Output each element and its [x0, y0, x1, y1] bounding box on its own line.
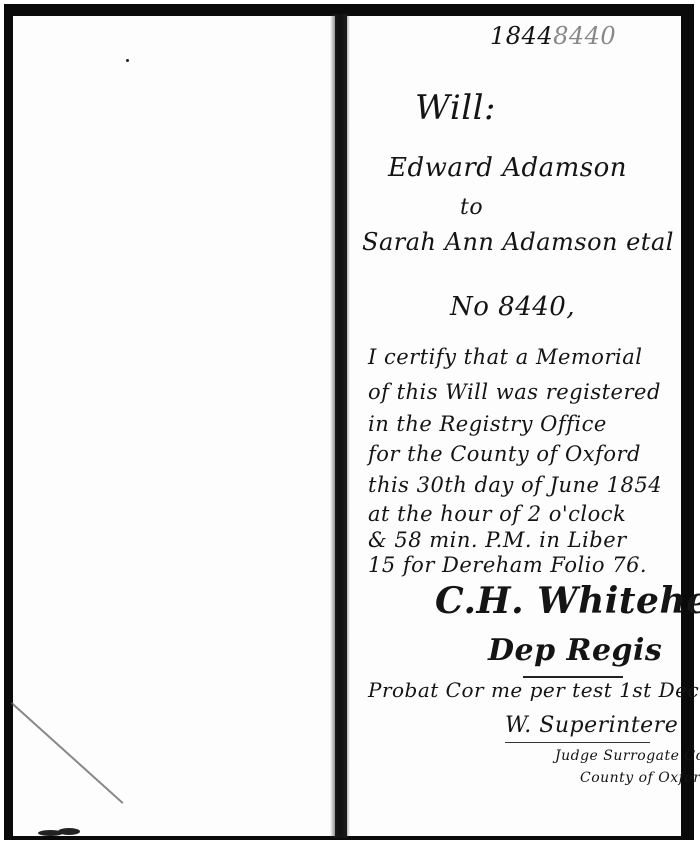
- registration-number: No 8440,: [450, 292, 575, 322]
- judge-county: County of Oxford: [580, 770, 700, 786]
- pencil-reference: 8440: [553, 22, 616, 50]
- beneficiary-name: Sarah Ann Adamson etal: [362, 228, 674, 256]
- reference-number: 18448440: [490, 22, 616, 50]
- left-page-blank: [13, 16, 335, 836]
- scanned-document: 18448440 Will: Edward Adamson to Sarah A…: [0, 0, 700, 847]
- judge-signature: W. Superintere: [505, 713, 678, 738]
- certificate-line: 15 for Dereham Folio 76.: [368, 553, 647, 577]
- judge-title: Judge Surrogate Court: [555, 748, 700, 764]
- certificate-line: of this Will was registered: [368, 380, 661, 404]
- judge-signature-underline: [505, 742, 650, 743]
- certificate-line: this 30th day of June 1854: [368, 473, 662, 497]
- certificate-line: at the hour of 2 o'clock: [368, 502, 626, 526]
- page-fold-gutter: [330, 14, 350, 838]
- registrar-signature: C.H. Whitehead: [435, 580, 700, 622]
- dust-speck: [126, 59, 129, 62]
- registrar-title: Dep Regis: [488, 633, 662, 668]
- certificate-line: in the Registry Office: [368, 412, 607, 436]
- to-word: to: [460, 195, 483, 220]
- testator-name: Edward Adamson: [388, 153, 627, 183]
- probate-line: Probat Cor me per test 1st Dec 1854: [368, 678, 700, 702]
- document-title: Will:: [415, 88, 496, 128]
- certificate-line: for the County of Oxford: [368, 442, 641, 466]
- ink-smudge: [58, 828, 80, 835]
- certificate-line: & 58 min. P.M. in Liber: [368, 528, 627, 552]
- certificate-line: I certify that a Memorial: [368, 345, 642, 369]
